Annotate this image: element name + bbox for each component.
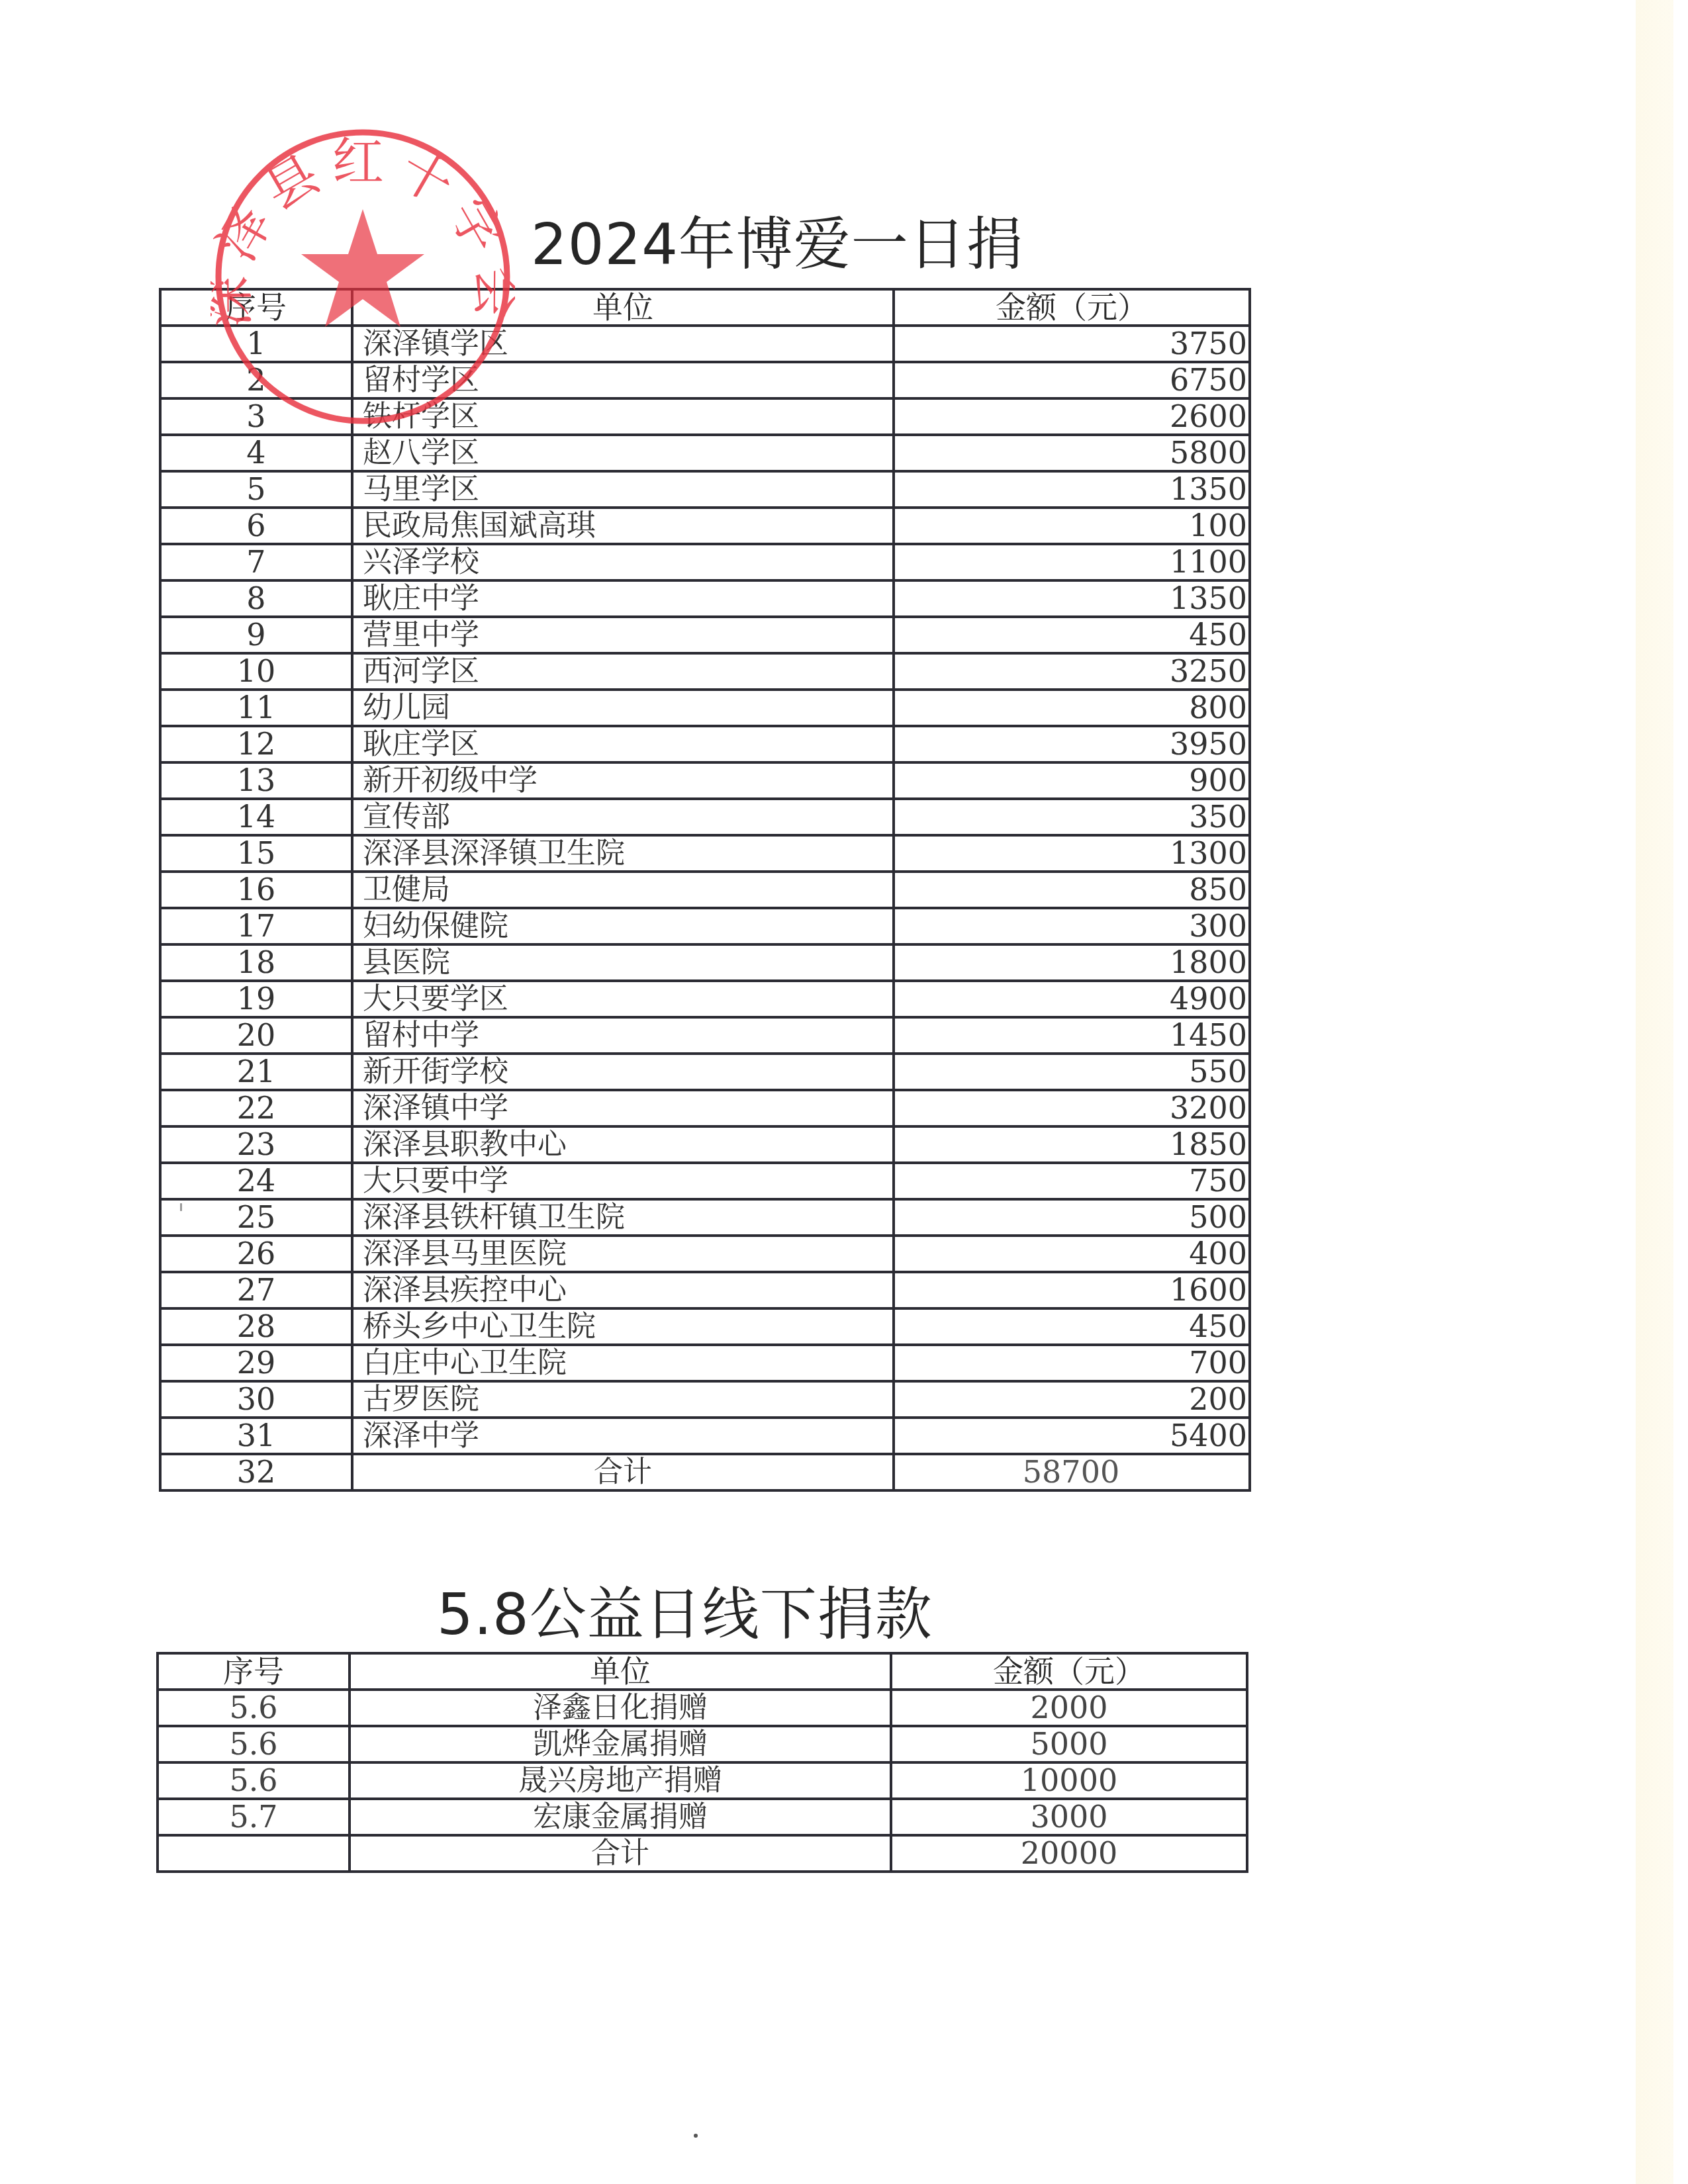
row-unit: 深泽县深泽镇卫生院 xyxy=(352,835,894,872)
row-unit: 宏康金属捐赠 xyxy=(350,1799,891,1835)
row-serial: 17 xyxy=(160,908,352,944)
row-serial: 27 xyxy=(160,1272,352,1308)
scan-edge-strip xyxy=(1636,0,1673,2184)
table-row: 21新开街学校550 xyxy=(160,1054,1250,1090)
row-serial: 7 xyxy=(160,544,352,580)
row-amount: 1100 xyxy=(894,544,1250,580)
row-serial: 15 xyxy=(160,835,352,872)
table-row: 13新开初级中学900 xyxy=(160,762,1250,799)
table-row: 26深泽县马里医院400 xyxy=(160,1236,1250,1272)
total-label: 合计 xyxy=(352,1454,894,1490)
row-amount: 5400 xyxy=(894,1418,1250,1454)
row-serial: 12 xyxy=(160,726,352,762)
row-serial: 5.6 xyxy=(158,1690,350,1726)
table-row: 31深泽中学5400 xyxy=(160,1418,1250,1454)
row-serial: 20 xyxy=(160,1017,352,1054)
table-row: 5.6凯烨金属捐赠5000 xyxy=(158,1726,1247,1762)
row-serial: 1 xyxy=(160,326,352,362)
row-amount: 900 xyxy=(894,762,1250,799)
table-row: 5.6泽鑫日化捐赠2000 xyxy=(158,1690,1247,1726)
row-unit: 宣传部 xyxy=(352,799,894,835)
table-row: 8耿庄中学1350 xyxy=(160,580,1250,617)
row-serial: 14 xyxy=(160,799,352,835)
table-row: 1深泽镇学区3750 xyxy=(160,326,1250,362)
table-row: 30古罗医院200 xyxy=(160,1381,1250,1418)
scan-dust xyxy=(694,2134,698,2138)
table-row: 3铁杆学区2600 xyxy=(160,398,1250,435)
row-amount: 450 xyxy=(894,617,1250,653)
row-amount: 2600 xyxy=(894,398,1250,435)
table-body: 5.6泽鑫日化捐赠20005.6凯烨金属捐赠50005.6晟兴房地产捐赠1000… xyxy=(158,1690,1247,1872)
row-amount: 6750 xyxy=(894,362,1250,398)
header-unit: 单位 xyxy=(352,289,894,326)
row-serial: 26 xyxy=(160,1236,352,1272)
row-amount: 200 xyxy=(894,1381,1250,1418)
row-amount: 450 xyxy=(894,1308,1250,1345)
row-amount: 750 xyxy=(894,1163,1250,1199)
second-title: 5.8公益日线下捐款 xyxy=(437,1582,933,1648)
row-amount: 800 xyxy=(894,690,1250,726)
donation-table-main: 序号 单位 金额（元） 1深泽镇学区37502留村学区67503铁杆学区2600… xyxy=(159,288,1251,1492)
row-serial: 30 xyxy=(160,1381,352,1418)
row-unit: 深泽县职教中心 xyxy=(352,1126,894,1163)
row-unit: 县医院 xyxy=(352,944,894,981)
table-row: 5.7宏康金属捐赠3000 xyxy=(158,1799,1247,1835)
row-unit: 卫健局 xyxy=(352,872,894,908)
table-row: 20留村中学1450 xyxy=(160,1017,1250,1054)
row-serial: 6 xyxy=(160,508,352,544)
row-serial: 19 xyxy=(160,981,352,1017)
table-row: 18县医院1800 xyxy=(160,944,1250,981)
table-row: 10西河学区3250 xyxy=(160,653,1250,690)
row-serial: 16 xyxy=(160,872,352,908)
row-amount: 100 xyxy=(894,508,1250,544)
row-amount: 1350 xyxy=(894,580,1250,617)
row-unit: 新开初级中学 xyxy=(352,762,894,799)
header-unit: 单位 xyxy=(350,1653,891,1690)
header-serial: 序号 xyxy=(160,289,352,326)
row-unit: 新开街学校 xyxy=(352,1054,894,1090)
row-unit: 凯烨金属捐赠 xyxy=(350,1726,891,1762)
row-serial: 5.6 xyxy=(158,1762,350,1799)
row-serial: 21 xyxy=(160,1054,352,1090)
row-serial: 8 xyxy=(160,580,352,617)
row-serial: 11 xyxy=(160,690,352,726)
row-serial: 18 xyxy=(160,944,352,981)
table-row: 14宣传部350 xyxy=(160,799,1250,835)
row-serial: 29 xyxy=(160,1345,352,1381)
table-row: 9营里中学450 xyxy=(160,617,1250,653)
total-amount: 58700 xyxy=(894,1454,1250,1490)
row-serial: 5 xyxy=(160,471,352,508)
row-amount: 5000 xyxy=(891,1726,1247,1762)
row-unit: 铁杆学区 xyxy=(352,398,894,435)
row-unit: 幼儿园 xyxy=(352,690,894,726)
row-unit: 深泽县疾控中心 xyxy=(352,1272,894,1308)
row-unit: 白庄中心卫生院 xyxy=(352,1345,894,1381)
row-unit: 大只要学区 xyxy=(352,981,894,1017)
table-row: 11幼儿园800 xyxy=(160,690,1250,726)
row-amount: 1300 xyxy=(894,835,1250,872)
table-row: 6民政局焦国斌高琪100 xyxy=(160,508,1250,544)
row-amount: 10000 xyxy=(891,1762,1247,1799)
row-amount: 1600 xyxy=(894,1272,1250,1308)
row-serial: 25 xyxy=(160,1199,352,1236)
row-serial: 3 xyxy=(160,398,352,435)
table-row: 23深泽县职教中心1850 xyxy=(160,1126,1250,1163)
row-unit: 耿庄中学 xyxy=(352,580,894,617)
row-serial: 24 xyxy=(160,1163,352,1199)
table-row: 19大只要学区4900 xyxy=(160,981,1250,1017)
table-row: 27深泽县疾控中心1600 xyxy=(160,1272,1250,1308)
row-unit: 赵八学区 xyxy=(352,435,894,471)
row-unit: 深泽县马里医院 xyxy=(352,1236,894,1272)
row-amount: 5800 xyxy=(894,435,1250,471)
row-unit: 泽鑫日化捐赠 xyxy=(350,1690,891,1726)
total-amount: 20000 xyxy=(891,1835,1247,1872)
table-row: 24大只要中学750 xyxy=(160,1163,1250,1199)
header-serial: 序号 xyxy=(158,1653,350,1690)
total-label: 合计 xyxy=(350,1835,891,1872)
row-serial: 22 xyxy=(160,1090,352,1126)
row-serial: 23 xyxy=(160,1126,352,1163)
row-amount: 300 xyxy=(894,908,1250,944)
row-amount: 1450 xyxy=(894,1017,1250,1054)
row-serial: 5.6 xyxy=(158,1726,350,1762)
row-unit: 晟兴房地产捐赠 xyxy=(350,1762,891,1799)
row-unit: 深泽中学 xyxy=(352,1418,894,1454)
row-unit: 深泽县铁杆镇卫生院 xyxy=(352,1199,894,1236)
row-amount: 1800 xyxy=(894,944,1250,981)
table-header-row: 序号 单位 金额（元） xyxy=(158,1653,1247,1690)
row-serial: 5.7 xyxy=(158,1799,350,1835)
row-amount: 3000 xyxy=(891,1799,1247,1835)
row-amount: 2000 xyxy=(891,1690,1247,1726)
row-amount: 3200 xyxy=(894,1090,1250,1126)
row-amount: 3950 xyxy=(894,726,1250,762)
row-unit: 营里中学 xyxy=(352,617,894,653)
table-row: 7兴泽学校1100 xyxy=(160,544,1250,580)
row-amount: 850 xyxy=(894,872,1250,908)
table-row: 15深泽县深泽镇卫生院1300 xyxy=(160,835,1250,872)
scan-dust xyxy=(180,1203,182,1211)
header-amount: 金额（元） xyxy=(891,1653,1247,1690)
row-unit: 耿庄学区 xyxy=(352,726,894,762)
row-unit: 民政局焦国斌高琪 xyxy=(352,508,894,544)
row-serial: 31 xyxy=(160,1418,352,1454)
row-unit: 深泽镇学区 xyxy=(352,326,894,362)
total-serial xyxy=(158,1835,350,1872)
table-row: 29白庄中心卫生院700 xyxy=(160,1345,1250,1381)
table-row: 22深泽镇中学3200 xyxy=(160,1090,1250,1126)
row-serial: 9 xyxy=(160,617,352,653)
row-amount: 4900 xyxy=(894,981,1250,1017)
main-title: 2024年博爱一日捐 xyxy=(531,212,1024,278)
row-amount: 550 xyxy=(894,1054,1250,1090)
table-row: 28桥头乡中心卫生院450 xyxy=(160,1308,1250,1345)
row-amount: 3250 xyxy=(894,653,1250,690)
row-unit: 大只要中学 xyxy=(352,1163,894,1199)
row-serial: 10 xyxy=(160,653,352,690)
row-unit: 深泽镇中学 xyxy=(352,1090,894,1126)
row-amount: 500 xyxy=(894,1199,1250,1236)
table-body: 1深泽镇学区37502留村学区67503铁杆学区26004赵八学区58005马里… xyxy=(160,326,1250,1490)
row-unit: 古罗医院 xyxy=(352,1381,894,1418)
row-unit: 兴泽学校 xyxy=(352,544,894,580)
table-header-row: 序号 单位 金额（元） xyxy=(160,289,1250,326)
table-row: 5马里学区1350 xyxy=(160,471,1250,508)
table-row: 17妇幼保健院300 xyxy=(160,908,1250,944)
row-amount: 3750 xyxy=(894,326,1250,362)
table-row: 2留村学区6750 xyxy=(160,362,1250,398)
row-amount: 1350 xyxy=(894,471,1250,508)
total-row: 合计20000 xyxy=(158,1835,1247,1872)
row-amount: 400 xyxy=(894,1236,1250,1272)
row-unit: 留村学区 xyxy=(352,362,894,398)
row-unit: 留村中学 xyxy=(352,1017,894,1054)
row-unit: 西河学区 xyxy=(352,653,894,690)
table-row: 5.6晟兴房地产捐赠10000 xyxy=(158,1762,1247,1799)
table-row: 25深泽县铁杆镇卫生院500 xyxy=(160,1199,1250,1236)
row-serial: 4 xyxy=(160,435,352,471)
table-row: 16卫健局850 xyxy=(160,872,1250,908)
row-serial: 13 xyxy=(160,762,352,799)
row-unit: 桥头乡中心卫生院 xyxy=(352,1308,894,1345)
table-row: 4赵八学区5800 xyxy=(160,435,1250,471)
total-row: 32合计58700 xyxy=(160,1454,1250,1490)
header-amount: 金额（元） xyxy=(894,289,1250,326)
row-serial: 2 xyxy=(160,362,352,398)
row-unit: 马里学区 xyxy=(352,471,894,508)
total-serial: 32 xyxy=(160,1454,352,1490)
row-amount: 350 xyxy=(894,799,1250,835)
row-amount: 1850 xyxy=(894,1126,1250,1163)
table-row: 12耿庄学区3950 xyxy=(160,726,1250,762)
row-unit: 妇幼保健院 xyxy=(352,908,894,944)
row-amount: 700 xyxy=(894,1345,1250,1381)
row-serial: 28 xyxy=(160,1308,352,1345)
donation-table-offline: 序号 单位 金额（元） 5.6泽鑫日化捐赠20005.6凯烨金属捐赠50005.… xyxy=(156,1652,1248,1873)
